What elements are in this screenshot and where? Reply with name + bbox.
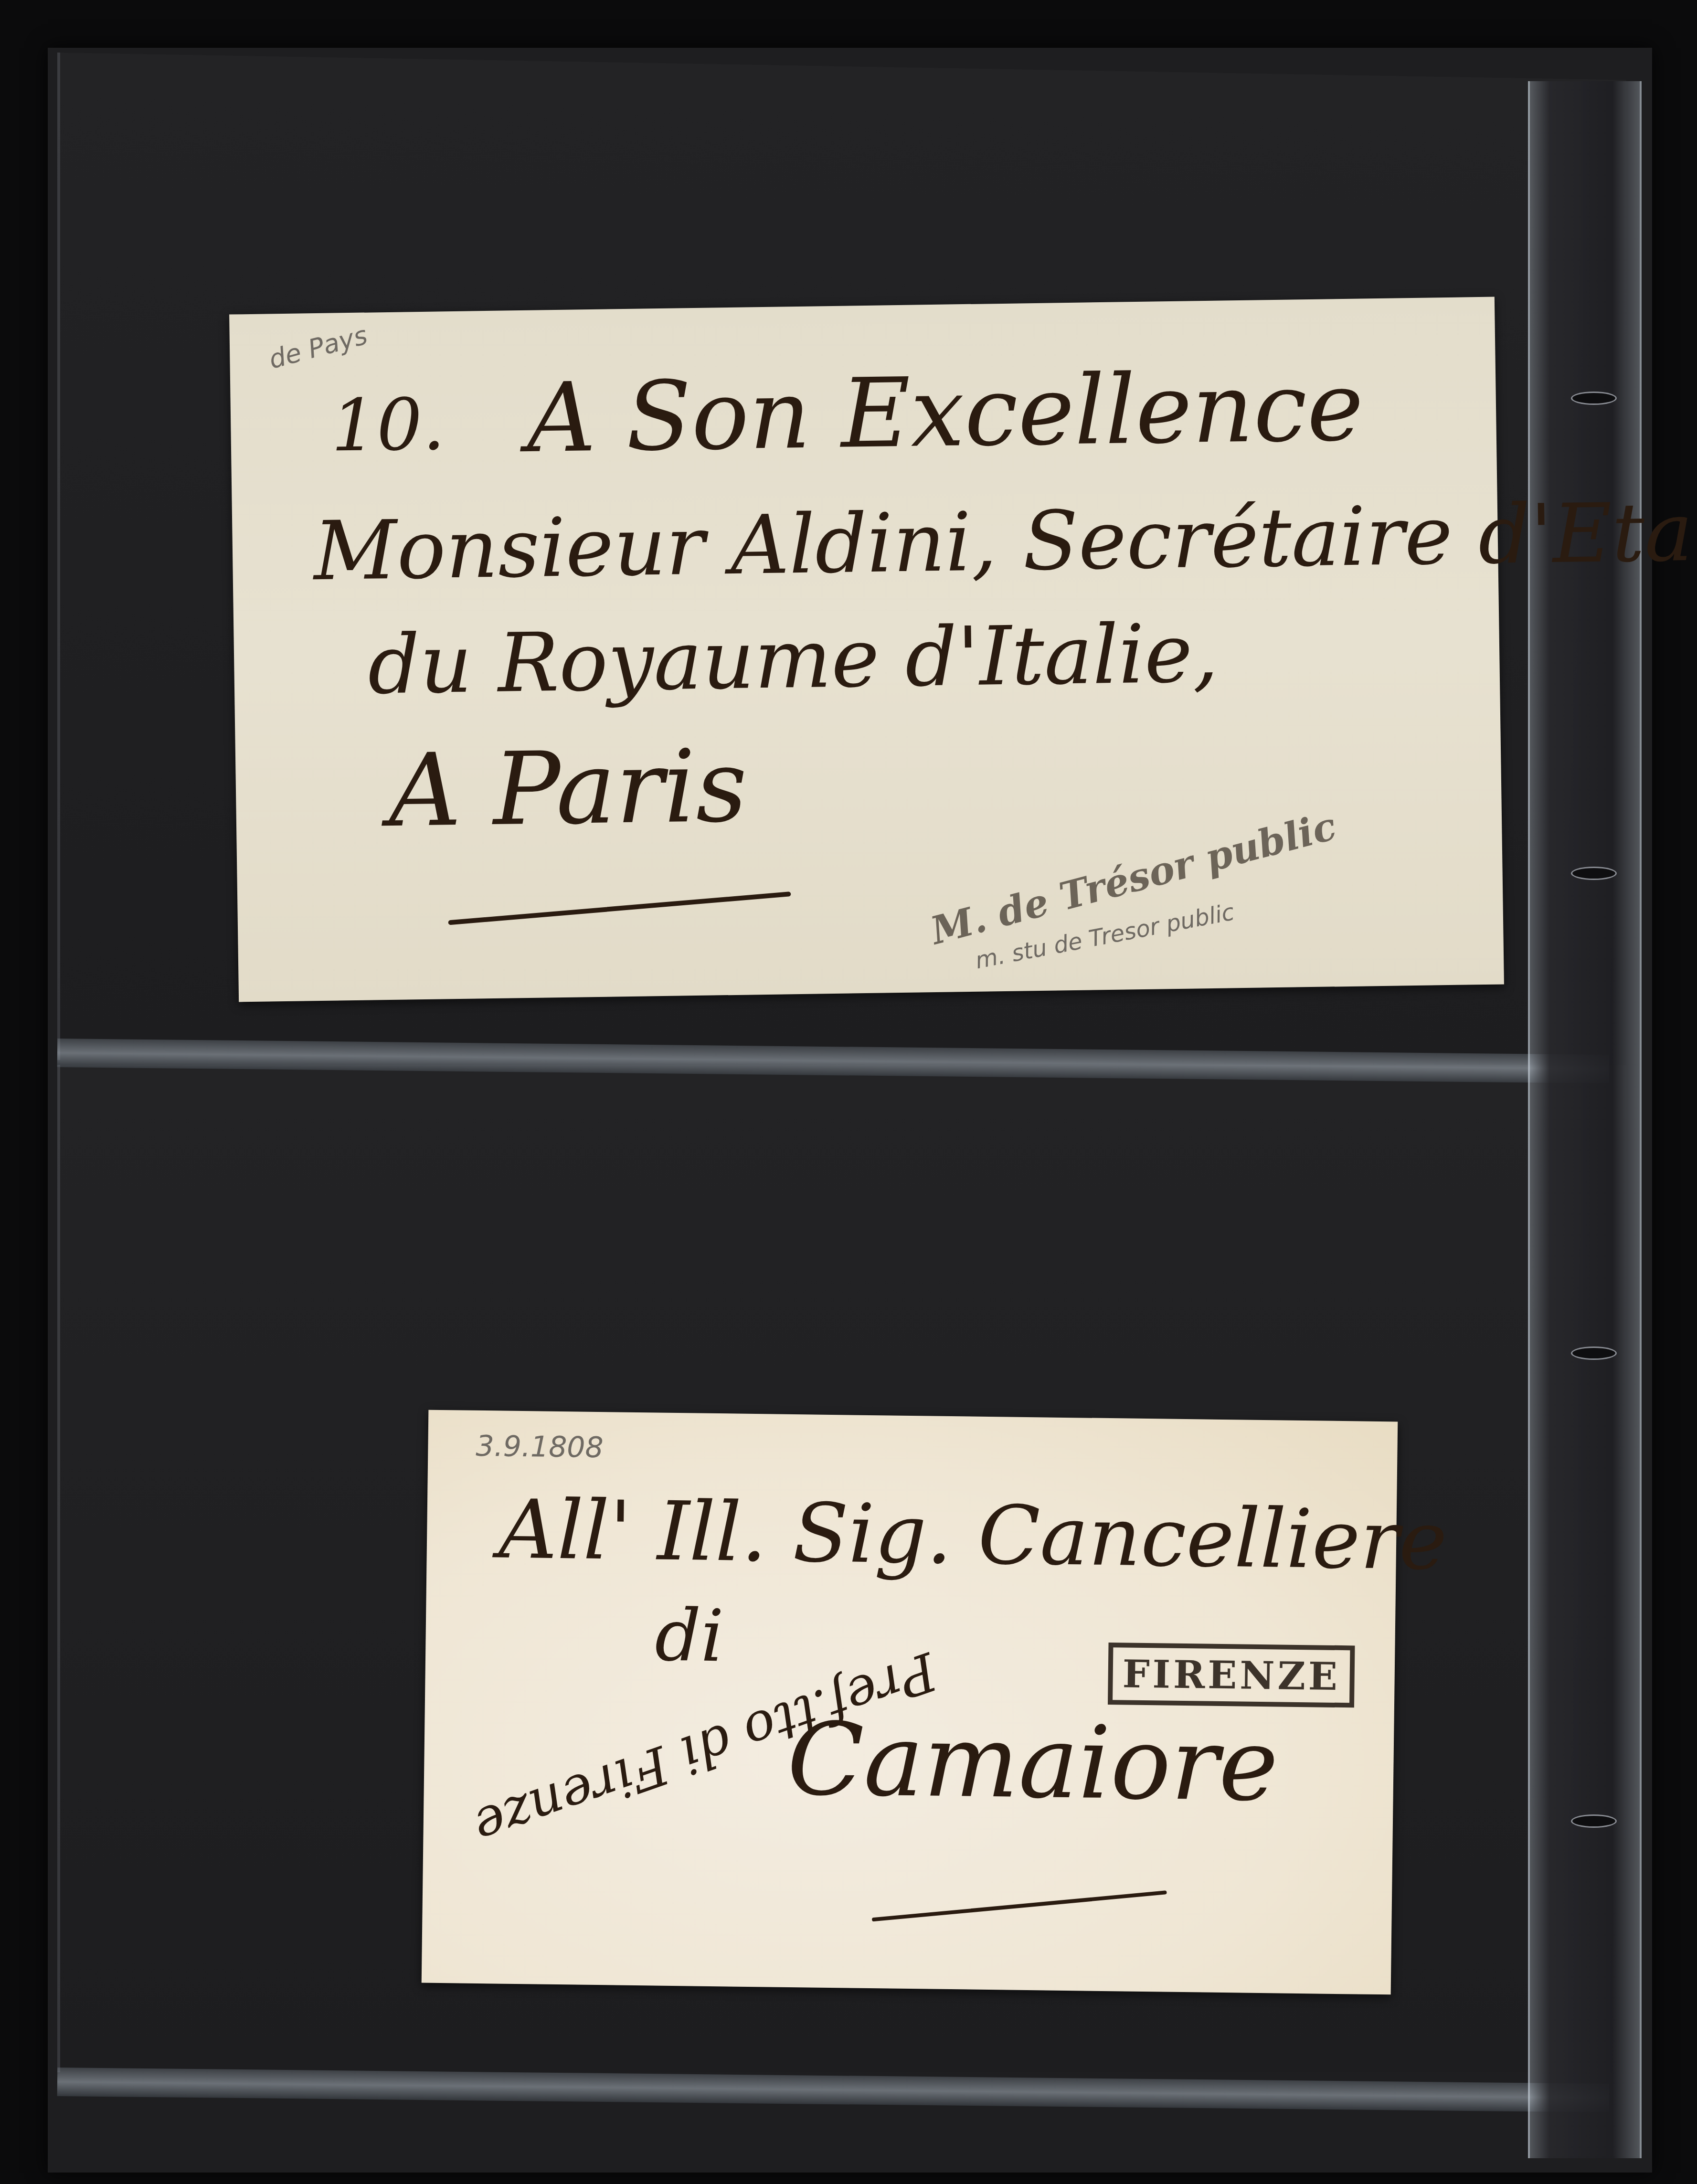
address-line-1: All' Ill. Sig. Cancelliere [498, 1482, 1448, 1588]
handstamp-firenze: FIRENZE [1108, 1643, 1355, 1707]
address-line-2: di [655, 1594, 724, 1678]
pencil-date: 3.9.1808 [476, 1430, 604, 1464]
address-line-4: A Paris [388, 728, 748, 849]
address-underline [448, 891, 791, 925]
postal-cover-paris: de Pays 10. A Son Excellence Monsieur Al… [229, 297, 1504, 1002]
pencil-note-origin: de Pays [266, 320, 371, 375]
punch-hole [1571, 392, 1617, 405]
punch-hole [1571, 1814, 1617, 1828]
punch-hole [1571, 1346, 1617, 1360]
address-line-2: Monsieur Aldini, Secrétaire d'Etat [313, 485, 1697, 599]
rate-marking: 10. [330, 383, 445, 467]
address-line-3: du Royaume d'Italie, [367, 606, 1219, 713]
address-line-1: A Son Excellence [526, 351, 1365, 474]
punch-hole [1571, 867, 1617, 880]
address-flourish [872, 1890, 1167, 1921]
postal-cover-firenze: 3.9.1808 All' Ill. Sig. Cancelliere di C… [422, 1410, 1398, 1995]
